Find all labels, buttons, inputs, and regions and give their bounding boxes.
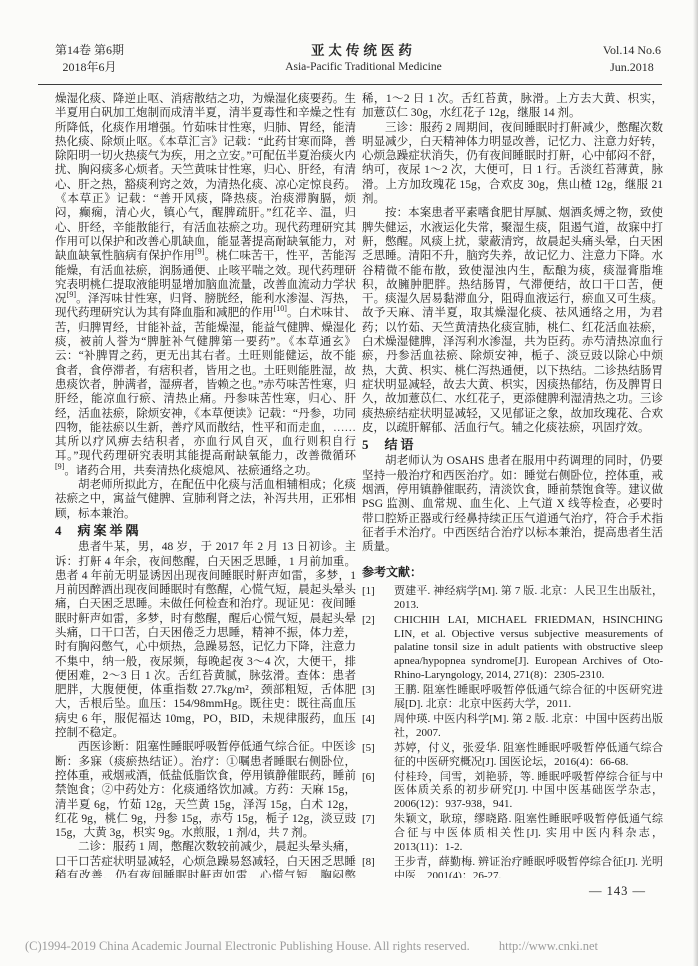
reference-number: [5]	[362, 742, 394, 770]
reference-number: [6]	[362, 771, 394, 813]
date-en: Jun.2018	[603, 59, 661, 76]
reference-item: [4]周仲瑛. 中医内科学[M]. 第 2 版. 北京：中国中医药出版社，200…	[362, 713, 663, 741]
reference-item: [6]付桂玲，闫雪，刘艳骄，等. 睡眠呼吸暂停综合征与中医体质关系的初步研究[J…	[362, 771, 663, 813]
reference-text: 王步青，薛勤梅. 辨证治疗睡眠呼吸暂停综合征[J]. 光明中医，2001(4)：…	[394, 856, 663, 878]
reference-number: [1]	[362, 585, 394, 613]
article-body: 燥湿化痰、降逆止呕、消痞散结之功，为燥湿化痰要药。生半夏用白矾加工炮制而成清半夏…	[55, 92, 663, 878]
body-paragraph: 三诊：服药 2 周期间，夜间睡眠时打鼾减少，憋醒次数明显减少，白天精神体力明显改…	[362, 121, 663, 207]
body-paragraph: 燥湿化痰、降逆止呕、消痞散结之功，为燥湿化痰要药。生半夏用白矾加工炮制而成清半夏…	[55, 92, 356, 478]
section-title: 结语	[385, 438, 417, 452]
section-number: 4	[55, 524, 62, 538]
body-paragraph: 稀，1～2 日 1 次。舌红苔黄，脉滑。上方去大黄、枳实，加薏苡仁 30g，水红…	[362, 92, 663, 121]
section-title: 病案举隅	[78, 524, 142, 538]
journal-title-en: Asia-Pacific Traditional Medicine	[285, 59, 442, 76]
copyright-text: (C)1994-2019 China Academic Journal Elec…	[25, 939, 470, 953]
reference-text: 朱颖文，耿琼，缪晓路. 阻塞性睡眠呼吸暂停低通气综合征与中医体质相关性[J]. …	[394, 813, 663, 855]
journal-title-cn: 亚太传统医药	[285, 42, 442, 59]
section-number: 5	[362, 438, 369, 452]
reference-item: [5]苏婷，付义，张爱华. 阻塞性睡眠呼吸暂停低通气综合征的中医研究概况[J].…	[362, 742, 663, 770]
reference-text: 付桂玲，闫雪，刘艳骄，等. 睡眠呼吸暂停综合征与中医体质关系的初步研究[J]. …	[394, 771, 663, 813]
reference-item: [1]贾建平. 神经病学[M]. 第 7 版. 北京：人民卫生出版社，2013.	[362, 585, 663, 613]
reference-text: 王鹏. 阻塞性睡眠呼吸暂停低通气综合征的中医研究进展[D]. 北京：北京中医药大…	[394, 684, 663, 712]
body-paragraph: 按：本案患者平素嗜食肥甘厚腻、烟酒炙煿之物，致使脾失健运，水液运化失常，聚湿生痰…	[362, 206, 663, 435]
cnki-url: http://www.cnki.net	[499, 939, 598, 953]
section-heading: 5结语	[362, 438, 663, 452]
reference-item: [3]王鹏. 阻塞性睡眠呼吸暂停低通气综合征的中医研究进展[D]. 北京：北京中…	[362, 684, 663, 712]
reference-number: [4]	[362, 713, 394, 741]
body-paragraph: 胡老师所拟此方，在配伍中化痰与活血相辅相成；化痰祛瘀之中，寓益气健脾、宣肺利肾之…	[55, 478, 356, 521]
header-center-block: 亚太传统医药 Asia-Pacific Traditional Medicine	[285, 42, 442, 76]
reference-number: [7]	[362, 813, 394, 855]
reference-text: 贾建平. 神经病学[M]. 第 7 版. 北京：人民卫生出版社，2013.	[394, 585, 663, 613]
reference-text: CHICHIH LAI, MICHAEL FRIEDMAN, HSINCHING…	[394, 614, 663, 684]
page-number: — 143 —	[589, 884, 646, 899]
body-paragraph: 患者牛某，男，48 岁，于 2017 年 2 月 13 日初诊。主诉：打鼾 4 …	[55, 540, 356, 740]
paper-page: 第14卷 第6期 2018年6月 亚太传统医药 Asia-Pacific Tra…	[0, 0, 698, 966]
references-heading: 参考文献：	[362, 565, 663, 579]
journal-header: 第14卷 第6期 2018年6月 亚太传统医药 Asia-Pacific Tra…	[55, 42, 661, 76]
right-column: 稀，1～2 日 1 次。舌红苔黄，脉滑。上方去大黄、枳实，加薏苡仁 30g，水红…	[362, 92, 663, 878]
reference-item: [2]CHICHIH LAI, MICHAEL FRIEDMAN, HSINCH…	[362, 614, 663, 684]
date-cn: 2018年6月	[55, 59, 124, 76]
left-column: 燥湿化痰、降逆止呕、消痞散结之功，为燥湿化痰要药。生半夏用白矾加工炮制而成清半夏…	[55, 92, 356, 878]
scan-edge-artifact	[693, 0, 698, 966]
reference-text: 苏婷，付义，张爱华. 阻塞性睡眠呼吸暂停低通气综合征的中医研究概况[J]. 国医…	[394, 742, 663, 770]
body-paragraph: 胡老师认为 OSAHS 患者在服用中药调理的同时，仍要坚持一般治疗和西医治疗。如…	[362, 454, 663, 554]
volume-issue-en: Vol.14 No.6	[603, 42, 661, 59]
reference-number: [3]	[362, 684, 394, 712]
reference-number: [2]	[362, 614, 394, 684]
header-divider	[38, 84, 662, 85]
body-paragraph: 西医诊断：阻塞性睡眠呼吸暂停低通气综合征。中医诊断：多寐（痰瘀热结证）。治疗：①…	[55, 740, 356, 840]
header-left-block: 第14卷 第6期 2018年6月	[55, 42, 124, 76]
section-heading: 4病案举隅	[55, 524, 356, 538]
body-paragraph: 二诊：服药 1 周，憋醒次数较前减少，晨起头晕头痛，口干口苦症状明显减轻，心烦急…	[55, 840, 356, 878]
reference-number: [8]	[362, 856, 394, 878]
reference-text: 周仲瑛. 中医内科学[M]. 第 2 版. 北京：中国中医药出版社，2007.	[394, 713, 663, 741]
reference-item: [8]王步青，薛勤梅. 辨证治疗睡眠呼吸暂停综合征[J]. 光明中医，2001(…	[362, 856, 663, 878]
copyright-notice: (C)1994-2019 China Academic Journal Elec…	[25, 939, 598, 954]
reference-item: [7]朱颖文，耿琼，缪晓路. 阻塞性睡眠呼吸暂停低通气综合征与中医体质相关性[J…	[362, 813, 663, 855]
header-right-block: Vol.14 No.6 Jun.2018	[603, 42, 661, 76]
volume-issue-cn: 第14卷 第6期	[55, 42, 124, 59]
